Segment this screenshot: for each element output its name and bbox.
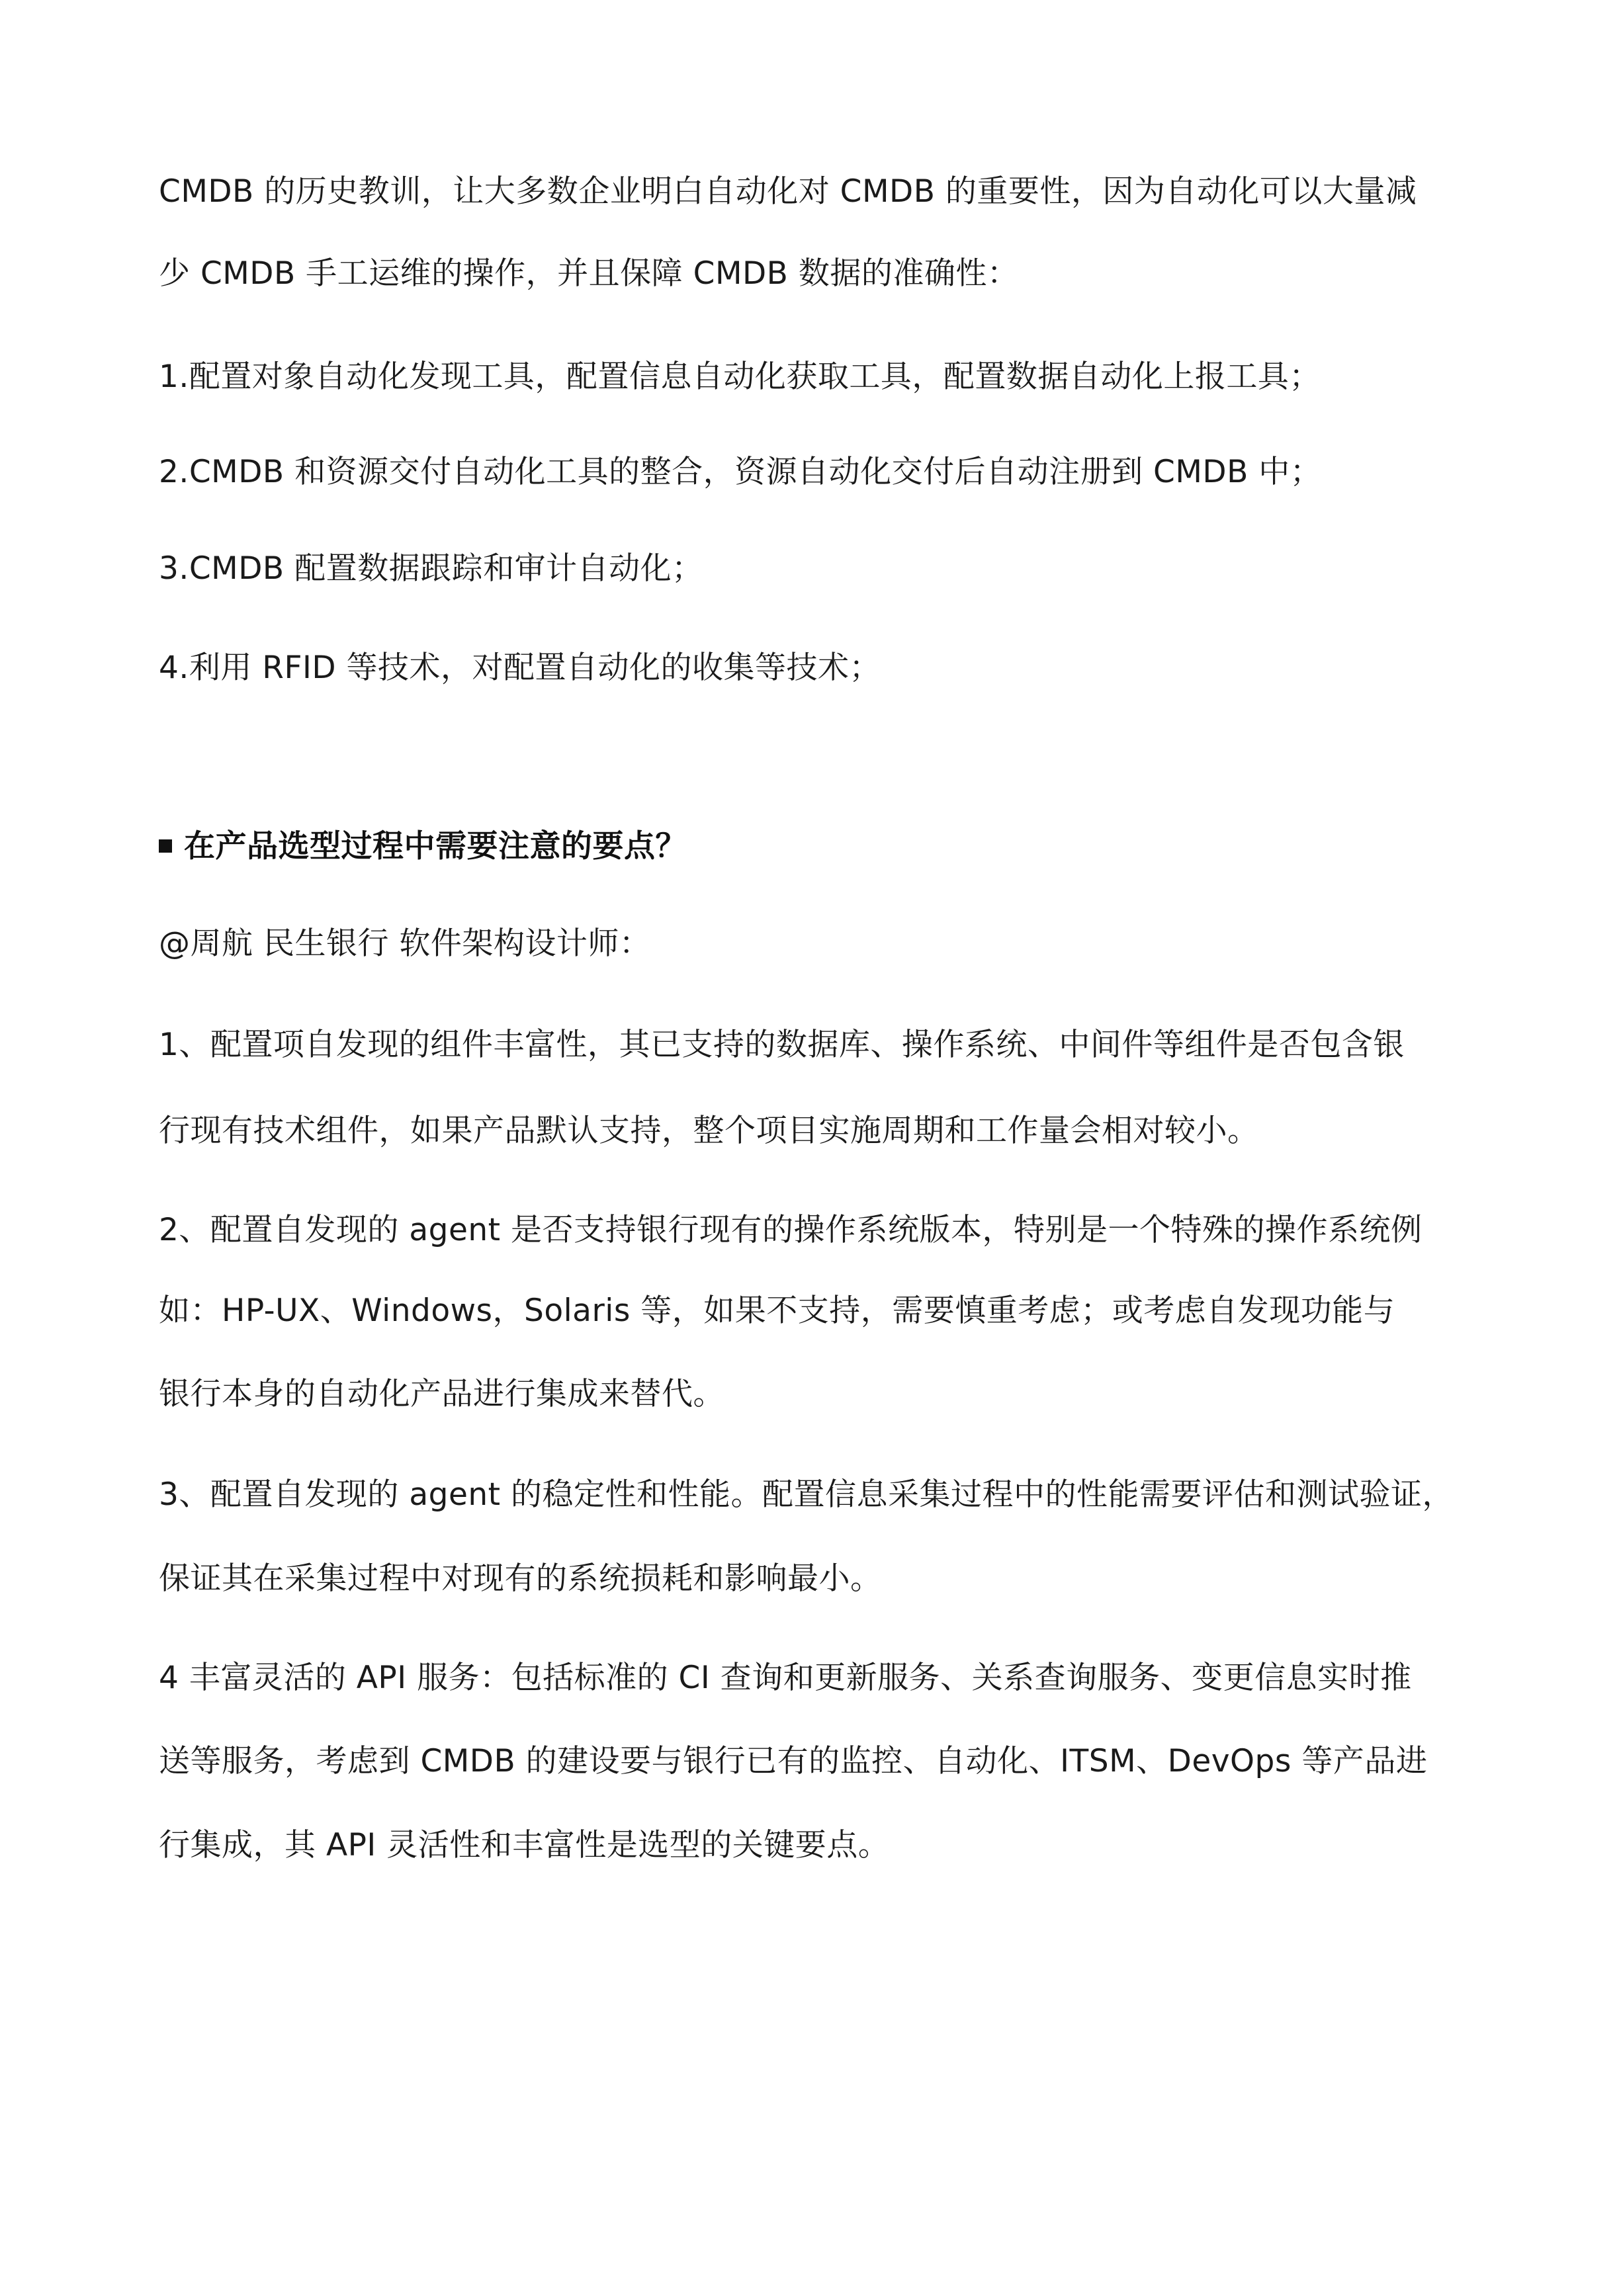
automation-item-2: 2.CMDB 和资源交付自动化工具的整合，资源自动化交付后自动注册到 CMDB … <box>159 452 1321 492</box>
author-line: @周航 民生银行 软件架构设计师： <box>159 924 650 964</box>
point-4-line-3: 行集成，其 API 灵活性和丰富性是选型的关键要点。 <box>159 1826 889 1865</box>
section-heading: 在产品选型过程中需要注意的要点？ <box>159 827 687 867</box>
point-2-line-2: 如：HP-UX、Windows，Solaris 等，如果不支持，需要慎重考虑；或… <box>159 1291 1395 1331</box>
square-bullet-icon <box>159 839 172 853</box>
point-4-line-2: 送等服务，考虑到 CMDB 的建设要与银行已有的监控、自动化、ITSM、DevO… <box>159 1742 1427 1781</box>
point-3-line-1: 3、配置自发现的 agent 的稳定性和性能。配置信息采集过程中的性能需要评估和… <box>159 1475 1454 1515</box>
intro-line-1: CMDB 的历史教训，让大多数企业明白自动化对 CMDB 的重要性，因为自动化可… <box>159 172 1417 212</box>
document-page: CMDB 的历史教训，让大多数企业明白自动化对 CMDB 的重要性，因为自动化可… <box>0 0 1623 2296</box>
point-2-line-3: 银行本身的自动化产品进行集成来替代。 <box>159 1375 724 1414</box>
point-4-line-1: 4 丰富灵活的 API 服务：包括标准的 CI 查询和更新服务、关系查询服务、变… <box>159 1658 1412 1698</box>
point-1-line-1: 1、配置项自发现的组件丰富性，其已支持的数据库、操作系统、中间件等组件是否包含银 <box>159 1025 1405 1065</box>
section-heading-text: 在产品选型过程中需要注意的要点？ <box>184 828 687 865</box>
automation-item-4: 4.利用 RFID 等技术，对配置自动化的收集等技术； <box>159 648 881 688</box>
automation-item-3: 3.CMDB 配置数据跟踪和审计自动化； <box>159 549 703 589</box>
point-3-line-2: 保证其在采集过程中对现有的系统损耗和影响最小。 <box>159 1559 882 1599</box>
intro-line-2: 少 CMDB 手工运维的操作，并且保障 CMDB 数据的准确性： <box>159 254 1018 294</box>
point-2-line-1: 2、配置自发现的 agent 是否支持银行现有的操作系统版本，特别是一个特殊的操… <box>159 1211 1423 1250</box>
point-1-line-2: 行现有技术组件，如果产品默认支持，整个项目实施周期和工作量会相对较小。 <box>159 1111 1259 1151</box>
automation-item-1: 1.配置对象自动化发现工具，配置信息自动化获取工具，配置数据自动化上报工具； <box>159 357 1321 397</box>
